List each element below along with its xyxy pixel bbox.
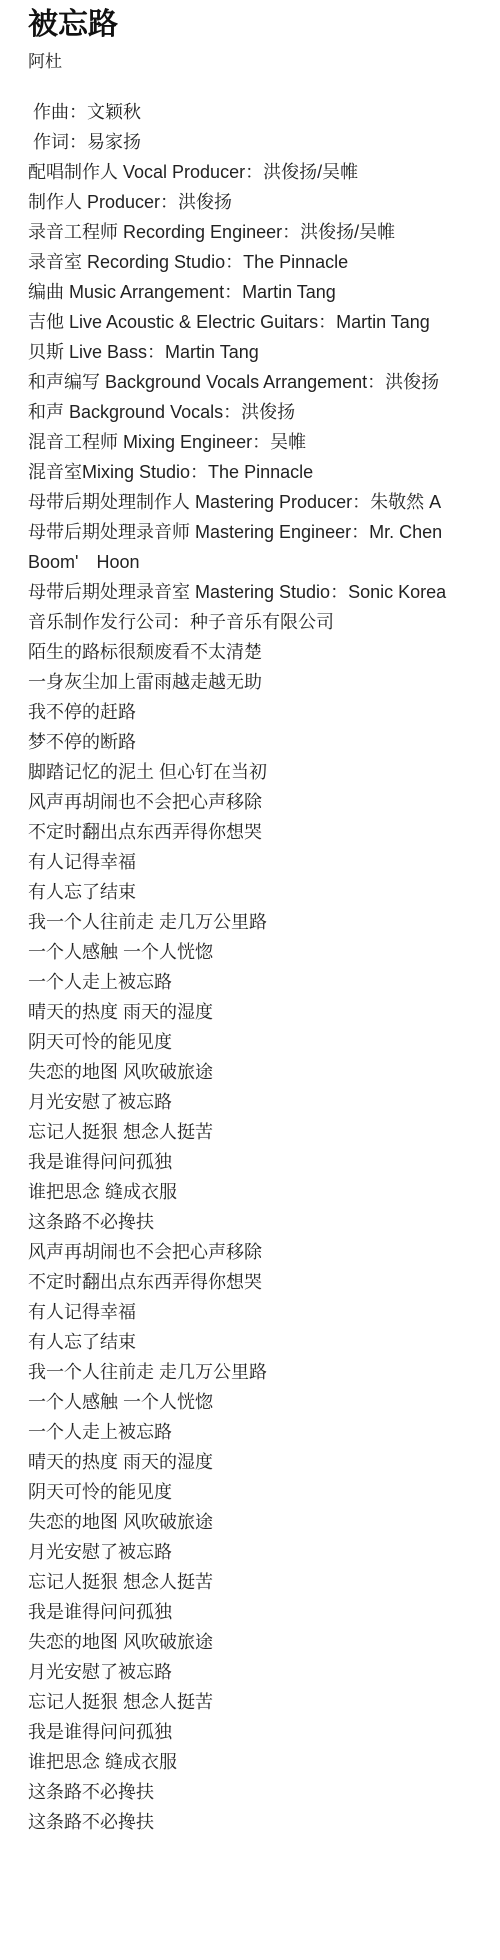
- credit-line: 母带后期处理制作人 Mastering Producer：朱敬然 A: [28, 487, 500, 517]
- lyric-line: 忘记人挺狠 想念人挺苦: [28, 1687, 500, 1717]
- lyric-line: 阴天可怜的能见度: [28, 1027, 500, 1057]
- lyrics-page: 被忘路 阿杜 作曲：文颖秋 作词：易家扬配唱制作人 Vocal Producer…: [0, 0, 500, 1960]
- lyric-line: 不定时翻出点东西弄得你想哭: [28, 1267, 500, 1297]
- credit-line: 制作人 Producer：洪俊扬: [28, 187, 500, 217]
- credit-line: 作词：易家扬: [28, 127, 500, 157]
- credit-line: 作曲：文颖秋: [28, 97, 500, 127]
- lyric-line: 晴天的热度 雨天的湿度: [28, 1447, 500, 1477]
- lyric-line: 不定时翻出点东西弄得你想哭: [28, 817, 500, 847]
- credit-line: 录音室 Recording Studio：The Pinnacle: [28, 247, 500, 277]
- lyric-line: 忘记人挺狠 想念人挺苦: [28, 1117, 500, 1147]
- lyric-line: 忘记人挺狠 想念人挺苦: [28, 1567, 500, 1597]
- lyric-line: 这条路不必搀扶: [28, 1807, 500, 1837]
- credit-line: 混音室Mixing Studio：The Pinnacle: [28, 457, 500, 487]
- credit-line: 贝斯 Live Bass：Martin Tang: [28, 337, 500, 367]
- credit-line: Boom' Hoon: [28, 547, 500, 577]
- credit-line: 混音工程师 Mixing Engineer：吴帷: [28, 427, 500, 457]
- song-title: 被忘路: [28, 6, 500, 44]
- credit-line: 和声编写 Background Vocals Arrangement：洪俊扬: [28, 367, 500, 397]
- credit-line: 和声 Background Vocals：洪俊扬: [28, 397, 500, 427]
- lyric-line: 失恋的地图 风吹破旅途: [28, 1507, 500, 1537]
- lyric-line: 失恋的地图 风吹破旅途: [28, 1057, 500, 1087]
- credit-line: 母带后期处理录音师 Mastering Engineer：Mr. Chen: [28, 517, 500, 547]
- credit-line: 母带后期处理录音室 Mastering Studio：Sonic Korea: [28, 577, 500, 607]
- lyric-line: 风声再胡闹也不会把心声移除: [28, 1237, 500, 1267]
- lyric-line: 月光安慰了被忘路: [28, 1657, 500, 1687]
- lyric-line: 我是谁得问问孤独: [28, 1717, 500, 1747]
- lyric-line: 谁把思念 缝成衣服: [28, 1177, 500, 1207]
- lyric-line: 失恋的地图 风吹破旅途: [28, 1627, 500, 1657]
- lyric-line: 有人忘了结束: [28, 877, 500, 907]
- lyric-line: 有人记得幸福: [28, 847, 500, 877]
- lyric-line: 我一个人往前走 走几万公里路: [28, 1357, 500, 1387]
- lyric-line: 谁把思念 缝成衣服: [28, 1747, 500, 1777]
- lyric-line: 有人记得幸福: [28, 1297, 500, 1327]
- lyric-line: 一个人感触 一个人恍惚: [28, 937, 500, 967]
- credit-line: 录音工程师 Recording Engineer：洪俊扬/吴帷: [28, 217, 500, 247]
- lyric-line: 脚踏记忆的泥土 但心钉在当初: [28, 757, 500, 787]
- credits-block: 作曲：文颖秋 作词：易家扬配唱制作人 Vocal Producer：洪俊扬/吴帷…: [28, 97, 500, 637]
- lyric-line: 风声再胡闹也不会把心声移除: [28, 787, 500, 817]
- lyric-line: 我是谁得问问孤独: [28, 1147, 500, 1177]
- lyric-line: 一个人走上被忘路: [28, 1417, 500, 1447]
- lyric-line: 有人忘了结束: [28, 1327, 500, 1357]
- lyric-line: 一身灰尘加上雷雨越走越无助: [28, 667, 500, 697]
- lyric-line: 一个人感触 一个人恍惚: [28, 1387, 500, 1417]
- lyric-line: 一个人走上被忘路: [28, 967, 500, 997]
- credit-line: 配唱制作人 Vocal Producer：洪俊扬/吴帷: [28, 157, 500, 187]
- lyric-line: 这条路不必搀扶: [28, 1777, 500, 1807]
- lyric-line: 陌生的路标很颓废看不太清楚: [28, 637, 500, 667]
- lyric-line: 月光安慰了被忘路: [28, 1087, 500, 1117]
- credit-line: 吉他 Live Acoustic & Electric Guitars：Mart…: [28, 307, 500, 337]
- lyric-line: 这条路不必搀扶: [28, 1207, 500, 1237]
- lyric-line: 阴天可怜的能见度: [28, 1477, 500, 1507]
- lyric-line: 我一个人往前走 走几万公里路: [28, 907, 500, 937]
- lyric-line: 晴天的热度 雨天的湿度: [28, 997, 500, 1027]
- credit-line: 编曲 Music Arrangement：Martin Tang: [28, 277, 500, 307]
- lyric-line: 我是谁得问问孤独: [28, 1597, 500, 1627]
- lyrics-block: 陌生的路标很颓废看不太清楚一身灰尘加上雷雨越走越无助我不停的赶路梦不停的断路脚踏…: [28, 637, 500, 1837]
- artist-name: 阿杜: [28, 51, 500, 73]
- credit-line: 音乐制作发行公司：种子音乐有限公司: [28, 607, 500, 637]
- lyric-line: 我不停的赶路: [28, 697, 500, 727]
- lyric-line: 月光安慰了被忘路: [28, 1537, 500, 1567]
- lyric-line: 梦不停的断路: [28, 727, 500, 757]
